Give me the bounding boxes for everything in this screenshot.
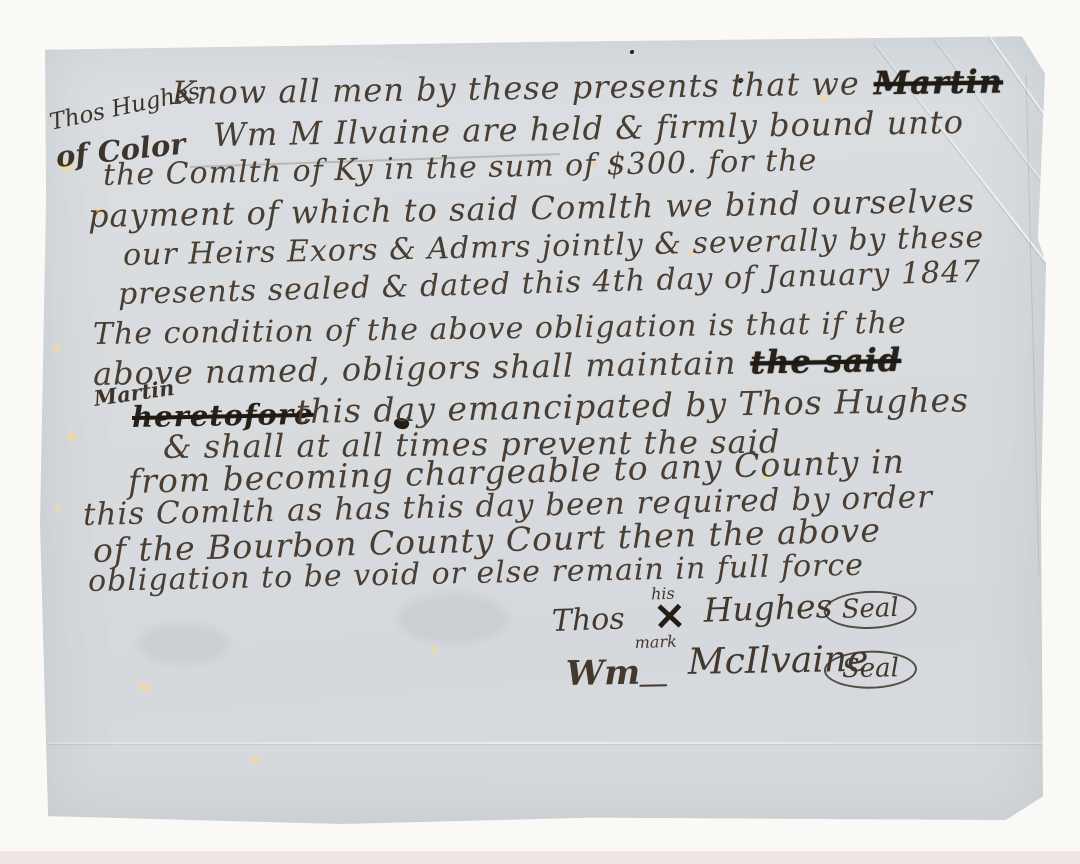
foxing-spot — [66, 432, 78, 442]
horizontal-fold — [48, 742, 1043, 744]
foxing-spot — [250, 756, 261, 766]
signer-given-name: Wm — [566, 653, 641, 694]
scanned-document-canvas: Know all men by these presents that weMa… — [0, 0, 1080, 864]
signature-flourish: — — [638, 666, 669, 702]
edge-crease — [1026, 74, 1040, 574]
struck-word: Martin — [874, 62, 1004, 102]
signature-wm-mcilvaine: Wm — McIlvaine Seal — [565, 634, 1016, 708]
foxing-spot — [430, 646, 439, 654]
foxing-spot — [54, 504, 62, 512]
signer-surname: Hughes — [703, 586, 833, 629]
pencil-smudge — [138, 624, 228, 664]
seal-stamp: Seal — [824, 650, 918, 690]
seal-stamp: Seal — [823, 589, 917, 630]
foxing-spot — [138, 682, 151, 693]
signer-given-name: Thos — [551, 601, 625, 639]
pencil-smudge — [398, 594, 508, 644]
struck-words: the said — [750, 341, 901, 382]
ink-speck — [630, 50, 634, 54]
scan-edge-strip — [0, 851, 1080, 864]
foxing-spot — [52, 344, 62, 354]
